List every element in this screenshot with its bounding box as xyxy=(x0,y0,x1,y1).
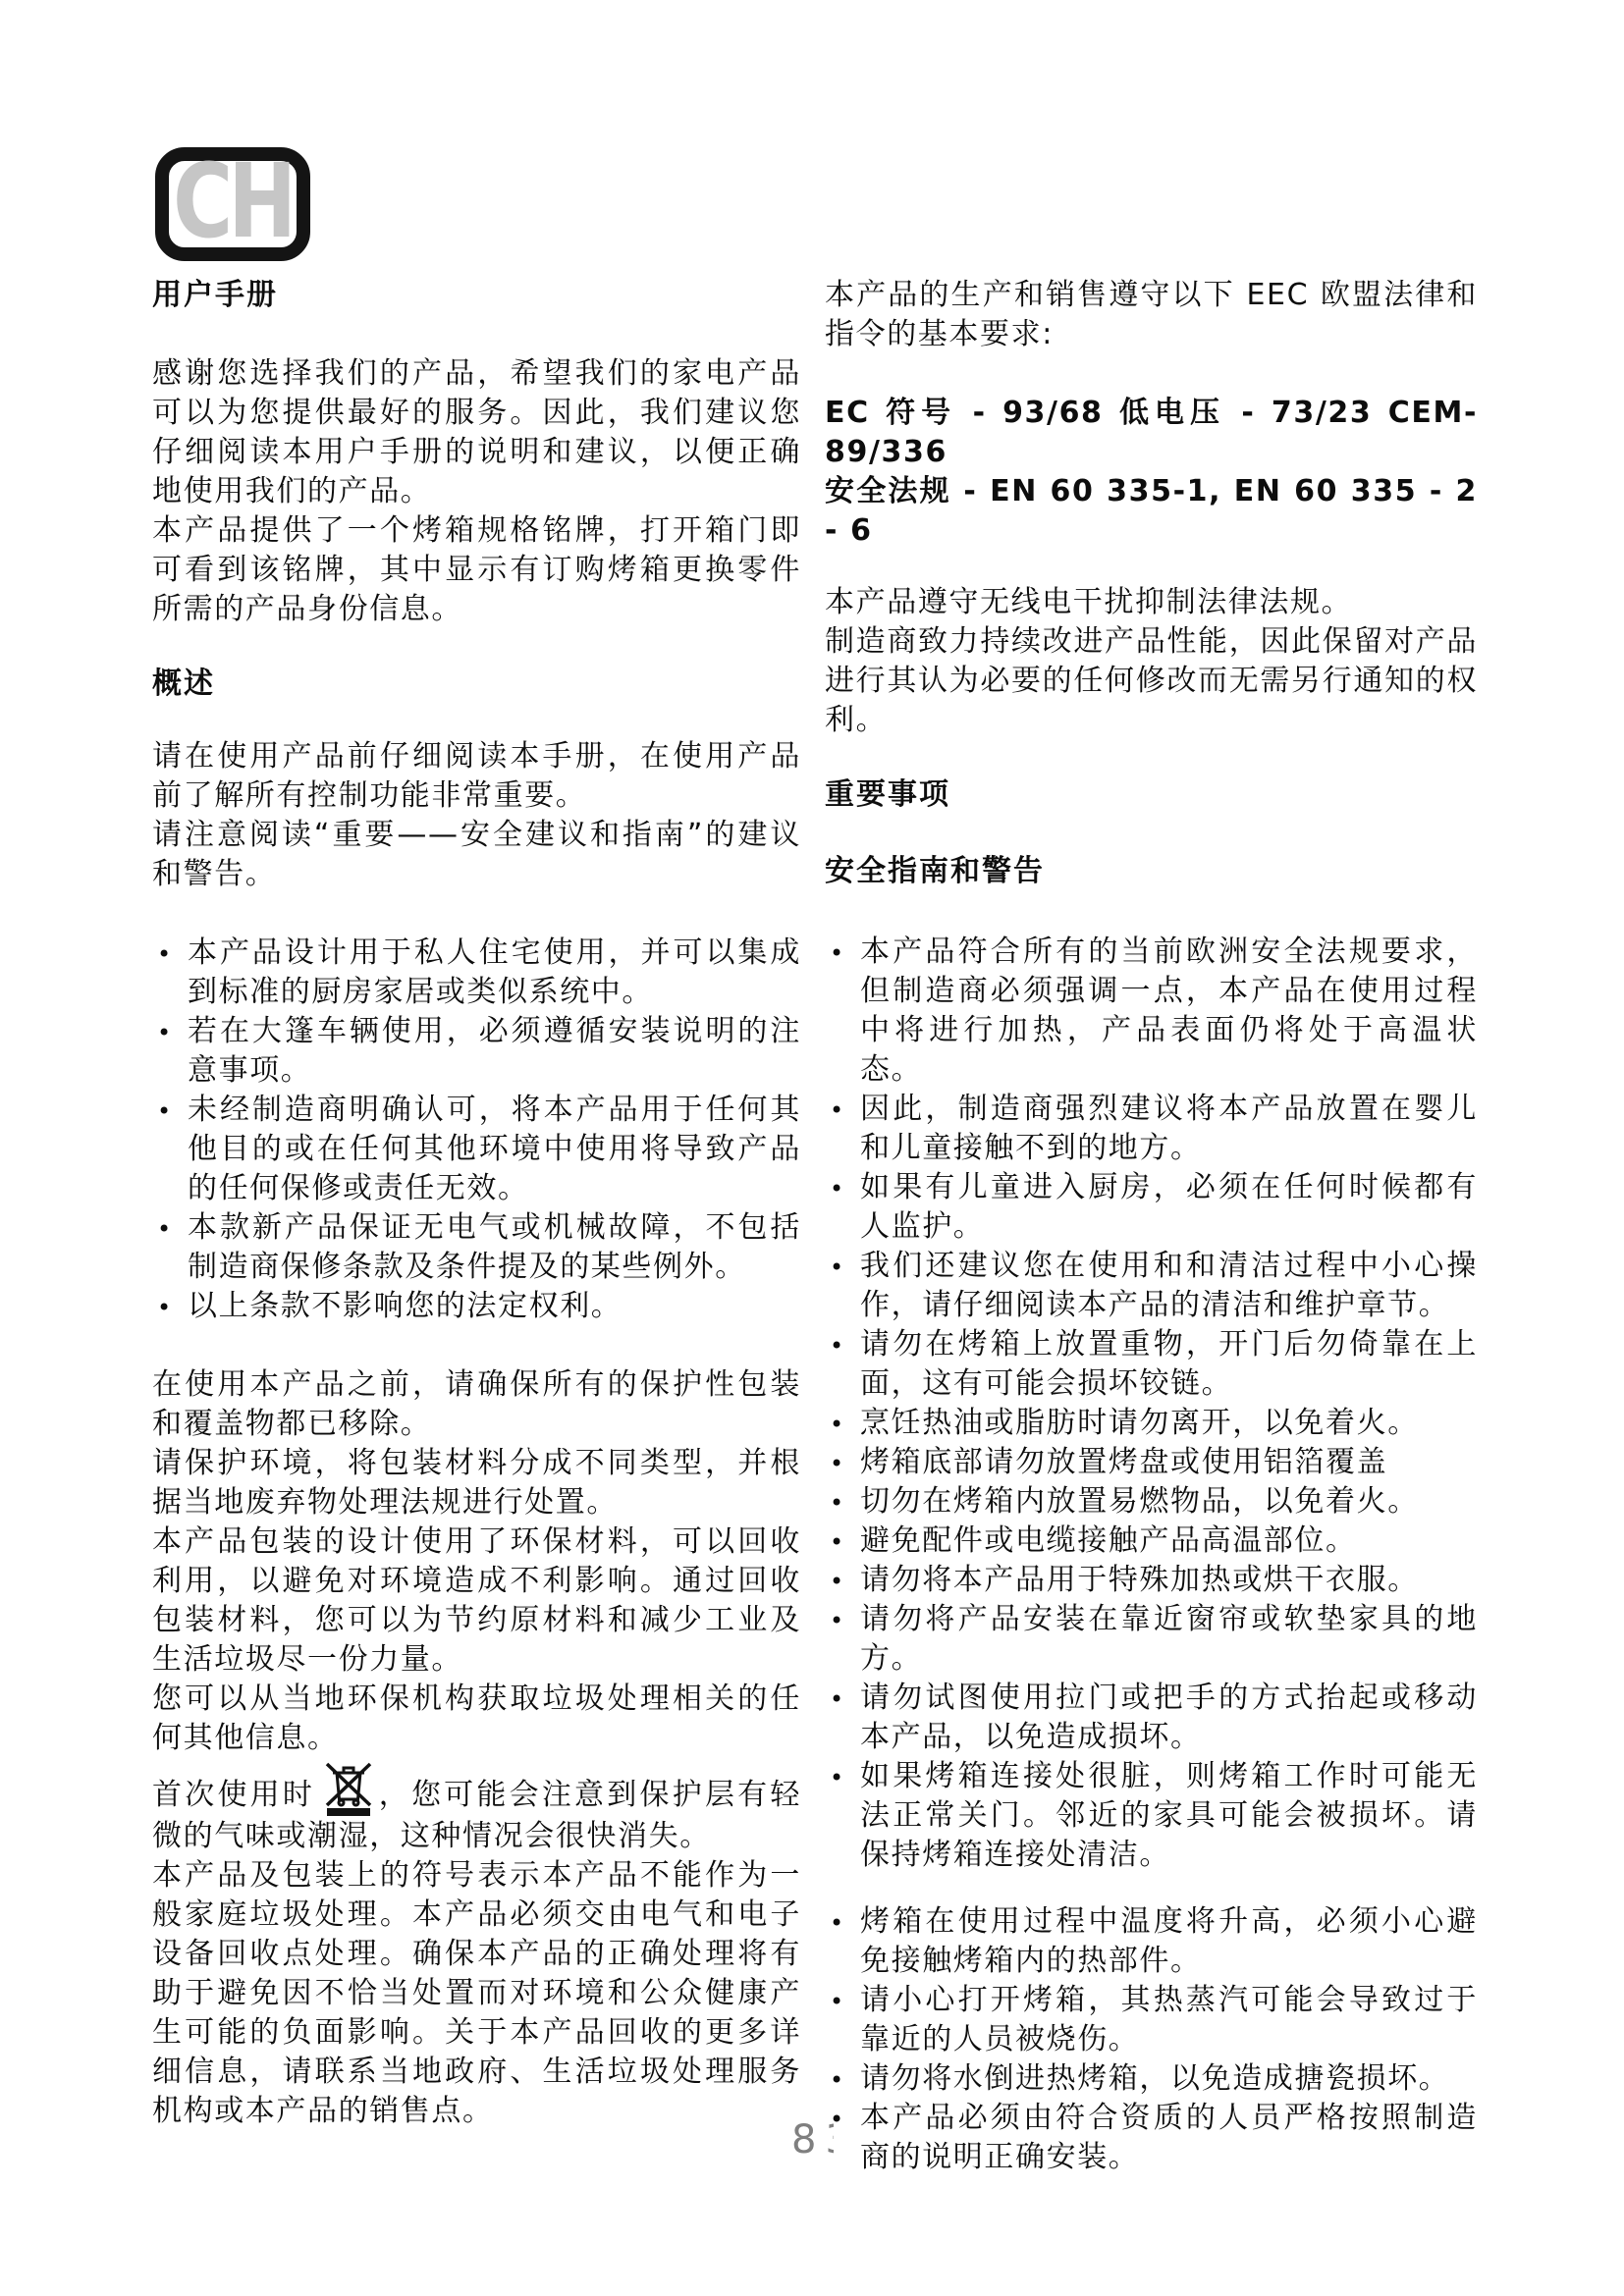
safety-bullet-item: 切勿在烤箱内放置易燃物品，以免着火。 xyxy=(825,1482,1478,1522)
overview-block: 请在使用产品前仔细阅读本手册，在使用产品前了解所有控制功能非常重要。请注意阅读“… xyxy=(152,737,801,894)
usage-bullet-list: 本产品设计用于私人住宅使用，并可以集成到标准的厨房家居或类似系统中。若在大篷车辆… xyxy=(152,934,801,1326)
right-column: 本产品的生产和销售遵守以下 EEC 欧盟法律和指令的基本要求: EC 符号 - … xyxy=(825,276,1478,2177)
safety-bullet-item: 如果有儿童进入厨房，必须在任何时候都有人监护。 xyxy=(825,1168,1478,1247)
safety-bullet-item: 烤箱底部请勿放置烤盘或使用铝箔覆盖 xyxy=(825,1443,1478,1482)
safety-bullet-item: 如果烤箱连接处很脏，则烤箱工作时可能无法正常关门。邻近的家具可能会被损坏。请保持… xyxy=(825,1757,1478,1875)
important-heading: 重要事项 xyxy=(825,775,1478,815)
safety-bullet-item: 请勿将产品安装在靠近窗帘或软垫家具的地方。 xyxy=(825,1600,1478,1679)
safety-bullet-item: 本产品符合所有的当前欧洲安全法规要求，但制造商必须强调一点，本产品在使用过程中将… xyxy=(825,933,1478,1090)
safety-bullet-list: 本产品符合所有的当前欧洲安全法规要求，但制造商必须强调一点，本产品在使用过程中将… xyxy=(825,933,1478,1875)
ch-logo-text: CH xyxy=(173,150,292,252)
overview-paragraph: 请在使用产品前仔细阅读本手册，在使用产品前了解所有控制功能非常重要。 xyxy=(152,737,801,816)
page-number-value: 8 xyxy=(791,2117,817,2163)
safety-bullet-item: 请小心打开烤箱，其热蒸汽可能会导致过于靠近的人员被烧伤。 xyxy=(825,1981,1478,2059)
usage-bullet-item: 本产品设计用于私人住宅使用，并可以集成到标准的厨房家居或类似系统中。 xyxy=(152,934,801,1012)
manufacturer-rights-paragraph: 制造商致力持续改进产品性能，因此保留对产品进行其认为必要的任何修改而无需另行通知… xyxy=(825,622,1478,740)
safety-bullet-item: 因此，制造商强烈建议将本产品放置在婴儿和儿童接触不到的地方。 xyxy=(825,1090,1478,1168)
safety-bullet-item: 请勿在烤箱上放置重物，开门后勿倚靠在上面，这有可能会损坏铰链。 xyxy=(825,1325,1478,1404)
page-title: 用户手册 xyxy=(152,276,801,315)
compliance-standards-block: EC 符号 - 93/68 低电压 - 73/23 CEM-89/336 安全法… xyxy=(825,394,1478,551)
safety-bullet-item: 请勿试图使用拉门或把手的方式抬起或移动本产品，以免造成损坏。 xyxy=(825,1679,1478,1757)
environment-paragraph: 您可以从当地环保机构获取垃圾处理相关的任何其他信息。 xyxy=(152,1680,801,1758)
first-use-paragraph: 首次使用时 ，您可能会注意到保护层有轻微的气味或潮湿，这种情况会很快消失。 xyxy=(152,1758,801,1856)
page-number-partial-glyph: 3 xyxy=(825,2120,834,2160)
safety-bullet-item: 本产品必须由符合资质的人员严格按照制造商的说明正确安装。 xyxy=(825,2099,1478,2177)
safety-bullet-item: 避免配件或电缆接触产品高温部位。 xyxy=(825,1522,1478,1561)
compliance-intro-paragraph: 本产品的生产和销售遵守以下 EEC 欧盟法律和指令的基本要求: xyxy=(825,276,1478,354)
safety-bullet-item: 请勿将本产品用于特殊加热或烘干衣服。 xyxy=(825,1561,1478,1600)
environment-paragraph: 本产品包装的设计使用了环保材料，可以回收利用，以避免对环境造成不利影响。通过回收… xyxy=(152,1522,801,1680)
two-column-layout: 用户手册 感谢您选择我们的产品，希望我们的家电产品可以为您提供最好的服务。因此，… xyxy=(152,276,1478,2177)
first-use-prefix: 首次使用时 xyxy=(152,1778,315,1812)
intro-paragraph: 本产品提供了一个烤箱规格铭牌，打开箱门即可看到该铭牌，其中显示有订购烤箱更换零件… xyxy=(152,511,801,629)
ch-country-logo: CH xyxy=(155,147,310,261)
manufacturer-block: 本产品遵守无线电干扰抑制法律法规。 制造商致力持续改进产品性能，因此保留对产品进… xyxy=(825,583,1478,740)
intro-paragraph: 感谢您选择我们的产品，希望我们的家电产品可以为您提供最好的服务。因此，我们建议您… xyxy=(152,354,801,511)
environment-block: 在使用本产品之前，请确保所有的保护性包装和覆盖物都已移除。请保护环境，将包装材料… xyxy=(152,1365,801,1758)
safety-bullet-item: 我们还建议您在使用和和清洁过程中小心操作，请仔细阅读本产品的清洁和维护章节。 xyxy=(825,1247,1478,1325)
page-number: 83 xyxy=(791,2120,834,2160)
safety-guidelines-heading: 安全指南和警告 xyxy=(825,852,1478,891)
usage-bullet-item: 本款新产品保证无电气或机械故障，不包括制造商保修条款及条件提及的某些例外。 xyxy=(152,1208,801,1287)
usage-bullet-item: 未经制造商明确认可，将本产品用于任何其他目的或在任何其他环境中使用将导致产品的任… xyxy=(152,1091,801,1208)
safety-regulation-line: 安全法规 - EN 60 335-1, EN 60 335 - 2 - 6 xyxy=(825,472,1478,551)
manual-page: CH 用户手册 感谢您选择我们的产品，希望我们的家电产品可以为您提供最好的服务。… xyxy=(0,0,1624,2296)
safety-bullet-item: 烹饪热油或脂肪时请勿离开，以免着火。 xyxy=(825,1404,1478,1443)
weee-crossed-out-bin-icon xyxy=(324,1758,373,1817)
usage-bullet-item: 以上条款不影响您的法定权利。 xyxy=(152,1287,801,1326)
disposal-paragraph: 本产品及包装上的符号表示本产品不能作为一般家庭垃圾处理。本产品必须交由电气和电子… xyxy=(152,1856,801,2131)
radio-interference-paragraph: 本产品遵守无线电干扰抑制法律法规。 xyxy=(825,583,1478,622)
overview-heading: 概述 xyxy=(152,665,801,704)
left-column: 用户手册 感谢您选择我们的产品，希望我们的家电产品可以为您提供最好的服务。因此，… xyxy=(152,276,801,2177)
usage-bullet-item: 若在大篷车辆使用，必须遵循安装说明的注意事项。 xyxy=(152,1012,801,1091)
environment-paragraph: 请保护环境，将包装材料分成不同类型，并根据当地废弃物处理法规进行处置。 xyxy=(152,1444,801,1522)
safety-bullet-item: 烤箱在使用过程中温度将升高，必须小心避免接触烤箱内的热部件。 xyxy=(825,1902,1478,1981)
ec-marking-line: EC 符号 - 93/68 低电压 - 73/23 CEM-89/336 xyxy=(825,394,1478,472)
intro-block: 感谢您选择我们的产品，希望我们的家电产品可以为您提供最好的服务。因此，我们建议您… xyxy=(152,354,801,629)
environment-paragraph: 在使用本产品之前，请确保所有的保护性包装和覆盖物都已移除。 xyxy=(152,1365,801,1444)
overview-paragraph: 请注意阅读“重要——安全建议和指南”的建议和警告。 xyxy=(152,816,801,894)
safety-bullet-list-continued: 烤箱在使用过程中温度将升高，必须小心避免接触烤箱内的热部件。请小心打开烤箱，其热… xyxy=(825,1902,1478,2177)
safety-bullet-item: 请勿将水倒进热烤箱，以免造成搪瓷损坏。 xyxy=(825,2059,1478,2099)
